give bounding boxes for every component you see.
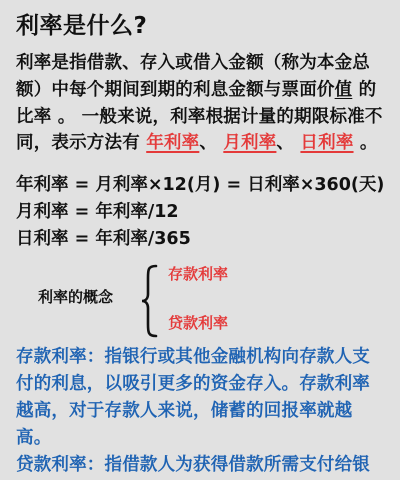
definition-line: 高。 [16, 425, 400, 452]
intro-line-4-text: 同，表示方法有 [16, 133, 146, 153]
period: 。 [360, 133, 378, 153]
concept-item-deposit-rate: 存款利率 [168, 263, 228, 284]
page-title: 利率是什么? [16, 7, 147, 40]
intro-line-3: 比率 。 一般来说，利率根据计量的期限标准不 [16, 104, 396, 131]
intro-line-2-tail: 的 [352, 80, 376, 100]
concept-label: 利率的概念 [38, 286, 113, 307]
definitions-block: 存款利率：指银行或其他金融机构向存款人支 付的利息，以吸引更多的资金存入。存款利… [16, 344, 400, 479]
intro-line-2-text: 额）中每个期间到期的利息金额与票面价 [16, 80, 335, 100]
definition-line: 贷款利率：指借款人为获得借款所需支付给银 [16, 452, 400, 479]
formula-annual: 年利率 = 月利率×12(月) = 日利率×360(天) [16, 172, 384, 199]
link-monthly-rate[interactable]: 月利率 [223, 133, 276, 153]
intro-line-1: 利率是指借款、存入或借入金额（称为本金总 [16, 50, 396, 77]
formula-monthly: 月利率 = 年利率/12 [16, 199, 384, 226]
definition-line: 付的利息，以吸引更多的资金存入。存款利率 [16, 371, 400, 398]
intro-line-4: 同，表示方法有 年利率、 月利率、 日利率 。 [16, 130, 396, 157]
definition-line: 越高，对于存款人来说，储蓄的回报率就越 [16, 398, 400, 425]
concept-item-loan-rate: 贷款利率 [168, 312, 228, 333]
intro-paragraph: 利率是指借款、存入或借入金额（称为本金总 额）中每个期间到期的利息金额与票面价值… [16, 50, 396, 157]
curly-brace-icon [140, 264, 160, 338]
link-daily-rate[interactable]: 日利率 [300, 133, 353, 153]
underlined-word: 值 [335, 80, 353, 100]
link-annual-rate[interactable]: 年利率 [146, 133, 199, 153]
formula-block: 年利率 = 月利率×12(月) = 日利率×360(天) 月利率 = 年利率/1… [16, 172, 384, 253]
definition-line: 存款利率：指银行或其他金融机构向存款人支 [16, 344, 400, 371]
intro-line-2: 额）中每个期间到期的利息金额与票面价值 的 [16, 77, 396, 104]
separator: 、 [199, 133, 223, 153]
separator: 、 [276, 133, 300, 153]
formula-daily: 日利率 = 年利率/365 [16, 226, 384, 253]
